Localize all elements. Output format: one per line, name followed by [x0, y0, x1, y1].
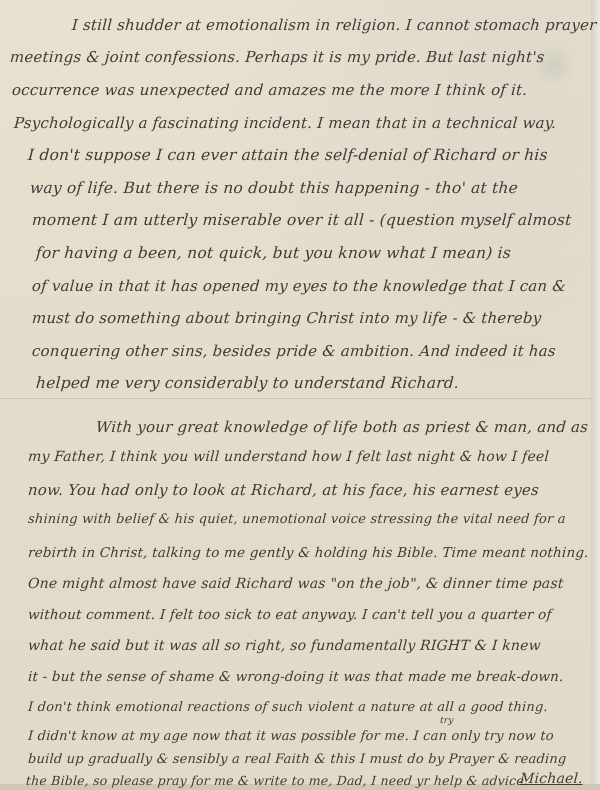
letter-line: for having a been, not quick, but you kn… — [35, 244, 511, 262]
letter-line: One might almost have said Richard was "… — [27, 576, 564, 592]
letter-line: I didn't know at my age now that it was … — [27, 729, 554, 744]
letter-line: must do something about bringing Christ … — [31, 309, 542, 327]
signature: Michael. — [519, 771, 583, 787]
letter-line: meetings & joint confessions. Perhaps it… — [9, 48, 545, 66]
letter-line: I still shudder at emotionalism in relig… — [71, 16, 597, 34]
insertion-word: try — [440, 716, 454, 726]
letter-line: it - but the sense of shame & wrong-doin… — [27, 669, 564, 685]
letter-line: rebirth in Christ, talking to me gently … — [27, 545, 589, 561]
letter-line: build up gradually & sensibly a real Fai… — [27, 752, 566, 767]
letter-line: now. You had only to look at Richard, at… — [27, 481, 539, 499]
letter-line: I don't suppose I can ever attain the se… — [27, 146, 548, 164]
letter-page: I still shudder at emotionalism in relig… — [0, 0, 600, 790]
letter-line: With your great knowledge of life both a… — [95, 418, 588, 436]
letter-line: occurrence was unexpected and amazes me … — [11, 81, 528, 99]
letter-line: I don't think emotional reactions of suc… — [27, 700, 548, 715]
letter-line: way of life. But there is no doubt this … — [29, 179, 518, 197]
letter-line: of value in that it has opened my eyes t… — [31, 277, 566, 295]
letter-line: moment I am utterly miserable over it al… — [31, 211, 572, 229]
letter-line: what he said but it was all so right, so… — [27, 638, 541, 654]
letter-line: shining with belief & his quiet, unemoti… — [27, 512, 566, 527]
letter-body: I still shudder at emotionalism in relig… — [0, 0, 590, 790]
letter-line: helped me very considerably to understan… — [35, 374, 459, 392]
letter-line: Psychologically a fascinating incident. … — [13, 114, 557, 132]
letter-line: the Bible, so please pray for me & write… — [25, 773, 528, 788]
letter-line: my Father, I think you will understand h… — [27, 449, 549, 465]
letter-line: conquering other sins, besides pride & a… — [31, 342, 556, 360]
letter-line: without comment. I felt too sick to eat … — [27, 607, 552, 623]
paper-right-edge — [591, 0, 600, 790]
